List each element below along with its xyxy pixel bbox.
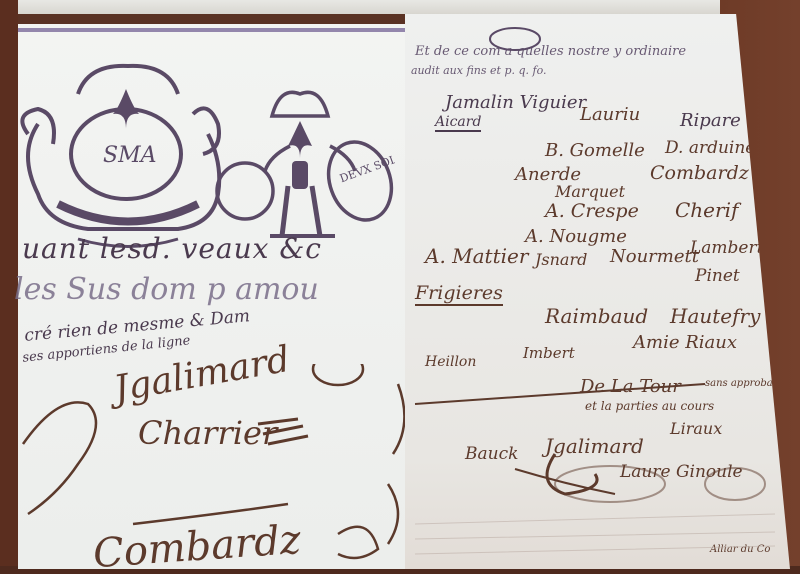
signature: Imbert [523, 344, 575, 362]
signature: Frigieres [415, 282, 503, 306]
header-line: audit aux fins et p. q. fo. [411, 64, 547, 77]
signature: Jamalin Viguier [445, 92, 586, 113]
signature: A. Crespe [545, 200, 639, 222]
left-manuscript-page: SMA DEVX SOLZ [18, 24, 413, 569]
svg-text:SMA: SMA [103, 143, 157, 168]
signature: A. Mattier [425, 244, 528, 268]
signature: Hautefry [670, 304, 760, 328]
page-top-rule [18, 28, 418, 32]
signature: Combardz [650, 162, 749, 184]
signature: Pinet [695, 266, 740, 286]
signature: A. Nougme [525, 226, 627, 247]
right-manuscript-page: Et de ce com a quelles nostre y ordinair… [405, 14, 790, 569]
signature: Jsnard [535, 250, 587, 269]
signature: Cherif [675, 198, 738, 222]
manuscript-line: uant lesd. veaux &c [22, 232, 322, 265]
signature-flourishes [405, 374, 790, 564]
signature: Aicard [435, 114, 481, 132]
fleur-de-lis-cartouche-stamp-icon: SMA [18, 54, 233, 254]
signature: Amie Riaux [633, 332, 737, 353]
signature: Heillon [425, 354, 476, 370]
header-line: Et de ce com a quelles nostre y ordinair… [415, 44, 686, 59]
manuscript-line: les Sus dom p amou [14, 272, 319, 307]
projected-manuscript-photo: SMA DEVX SOLZ [0, 0, 800, 574]
signature: D. arduine [665, 138, 755, 158]
signature: Ripare [680, 110, 741, 131]
signature: Raimbaud [545, 304, 648, 328]
crowned-fleur-de-lis-stamp-icon: DEVX SOLZ [210, 76, 395, 251]
signature: Nourmett [610, 246, 699, 267]
signature: Lambert [690, 238, 763, 258]
signature: B. Gomelle [545, 140, 645, 161]
signature: Marquet [555, 182, 625, 201]
signature: Lauriu [580, 104, 640, 125]
ceiling [0, 0, 800, 14]
signature-flourishes [18, 364, 418, 574]
